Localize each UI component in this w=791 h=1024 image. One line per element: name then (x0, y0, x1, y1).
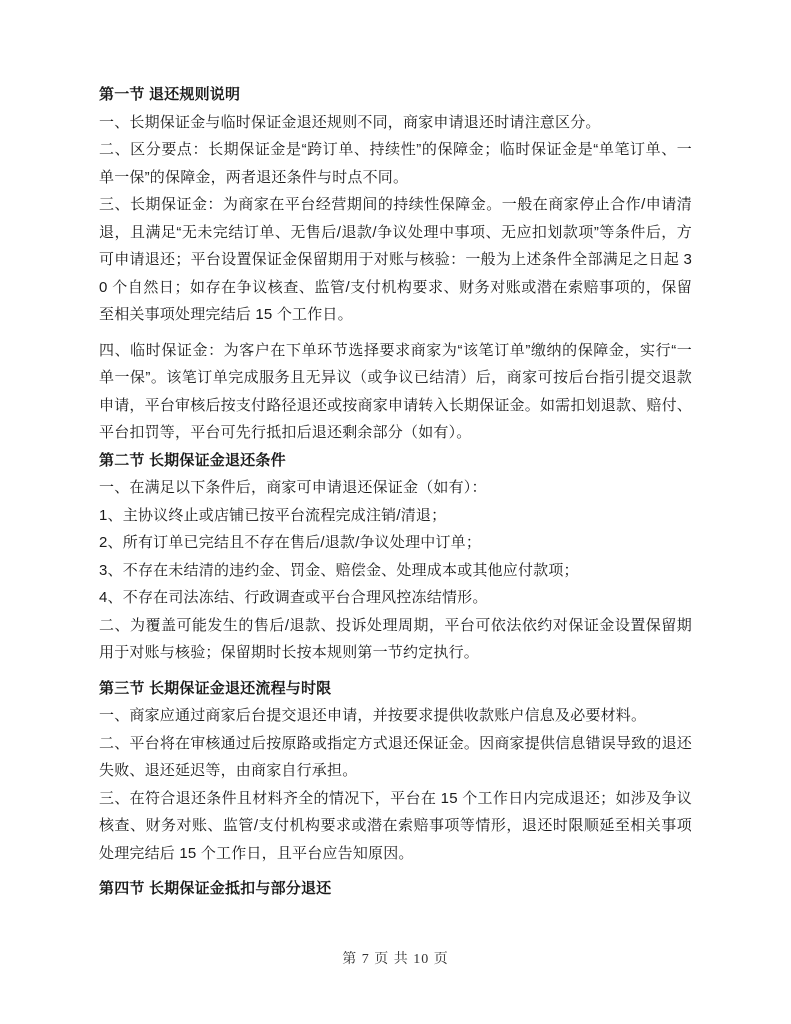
list-item: 2、所有订单已完结且不存在售后/退款/争议处理中订单； (99, 529, 692, 557)
section-heading-2: 第二节 长期保证金退还条件 (99, 447, 692, 475)
list-item: 4、不存在司法冻结、行政调查或平台合理风控冻结情形。 (99, 584, 692, 612)
paragraph: 三、长期保证金：为商家在平台经营期间的持续性保障金。一般在商家停止合作/申请清退… (99, 191, 692, 329)
paragraph: 二、为覆盖可能发生的售后/退款、投诉处理周期，平台可依法依约对保证金设置保留期用… (99, 612, 692, 667)
section-heading-4: 第四节 长期保证金抵扣与部分退还 (99, 875, 692, 903)
document-body: 第一节 退还规则说明 一、长期保证金与临时保证金退还规则不同，商家申请退还时请注… (99, 81, 692, 903)
section-heading-1: 第一节 退还规则说明 (99, 81, 692, 109)
paragraph: 三、在符合退还条件且材料齐全的情况下，平台在 15 个工作日内完成退还；如涉及争… (99, 785, 692, 868)
paragraph: 一、长期保证金与临时保证金退还规则不同，商家申请退还时请注意区分。 (99, 109, 692, 137)
page-footer: 第 7 页 共 10 页 (0, 948, 791, 968)
list-item: 1、主协议终止或店铺已按平台流程完成注销/清退； (99, 502, 692, 530)
paragraph: 一、商家应通过商家后台提交退还申请，并按要求提供收款账户信息及必要材料。 (99, 702, 692, 730)
list-item: 3、不存在未结清的违约金、罚金、赔偿金、处理成本或其他应付款项； (99, 557, 692, 585)
paragraph: 一、在满足以下条件后，商家可申请退还保证金（如有）： (99, 474, 692, 502)
paragraph: 二、平台将在审核通过后按原路或指定方式退还保证金。因商家提供信息错误导致的退还失… (99, 730, 692, 785)
paragraph: 二、区分要点：长期保证金是“跨订单、持续性”的保障金；临时保证金是“单笔订单、一… (99, 136, 692, 191)
document-page: 第一节 退还规则说明 一、长期保证金与临时保证金退还规则不同，商家申请退还时请注… (0, 0, 791, 1024)
section-heading-3: 第三节 长期保证金退还流程与时限 (99, 675, 692, 703)
paragraph: 四、临时保证金：为客户在下单环节选择要求商家为“该笔订单”缴纳的保障金，实行“一… (99, 337, 692, 447)
page-number: 第 7 页 共 10 页 (342, 952, 449, 967)
